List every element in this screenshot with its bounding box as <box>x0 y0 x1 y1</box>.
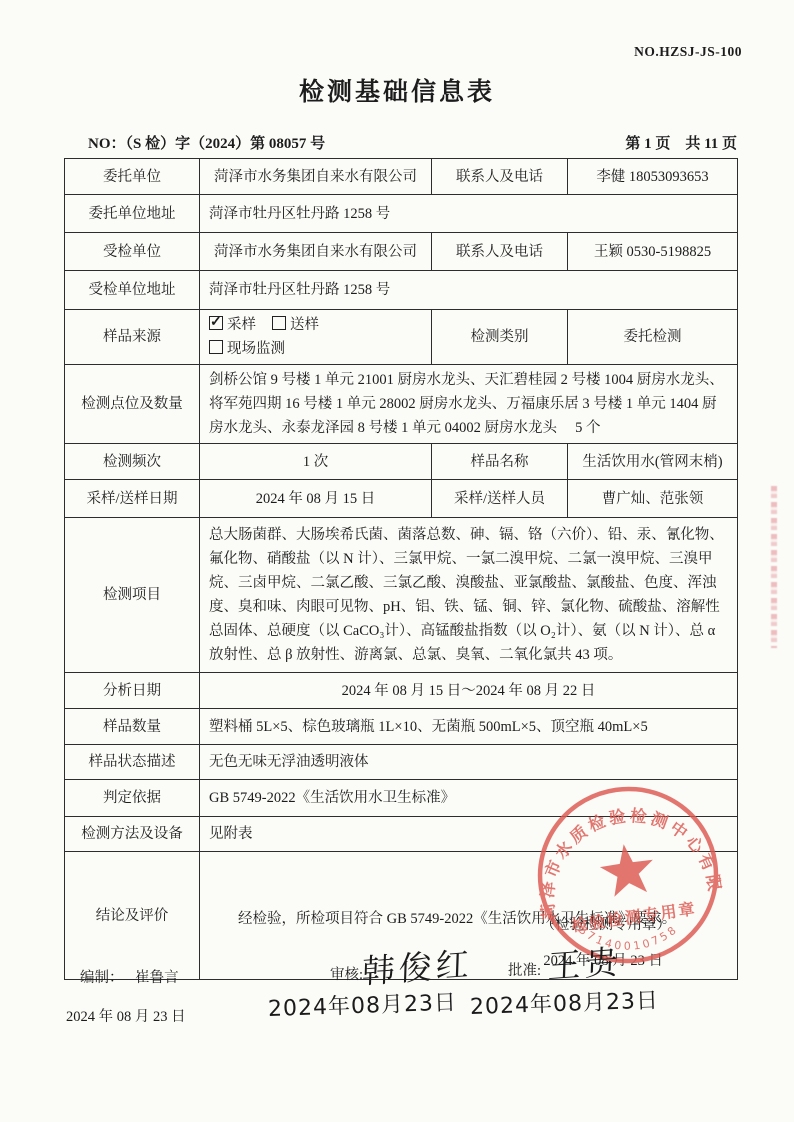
table-row: 受检单位 菏泽市水务集团自来水有限公司 联系人及电话 王颖 0530-51988… <box>65 233 738 271</box>
field-value: 无色无味无浮油透明液体 <box>200 745 738 780</box>
field-value: 委托检测 <box>568 310 738 365</box>
field-label: 检测点位及数量 <box>65 365 200 444</box>
field-label: 采样/送样日期 <box>65 480 200 518</box>
prepared-date: 2024 年 08 月 23 日 <box>66 1005 186 1026</box>
table-row: 受检单位地址 菏泽市牡丹区牡丹路 1258 号 <box>65 271 738 310</box>
checkbox-empty-icon <box>209 340 223 354</box>
option-label: 采样 <box>227 317 256 333</box>
field-label: 受检单位 <box>65 233 200 271</box>
field-label: 分析日期 <box>65 673 200 709</box>
red-bleed-mark <box>771 486 777 648</box>
field-label: 联系人及电话 <box>432 233 568 271</box>
page-info: 第 1 页 共 11 页 <box>625 132 737 153</box>
approved-by-signature: 王贵 <box>547 936 622 988</box>
field-value: 塑料桶 5L×5、棕色玻璃瓶 1L×10、无菌瓶 500mL×5、顶空瓶 40m… <box>200 709 738 745</box>
field-label: 检测方法及设备 <box>65 817 200 852</box>
table-row: 样品状态描述 无色无味无浮油透明液体 <box>65 745 738 780</box>
info-table: 委托单位 菏泽市水务集团自来水有限公司 联系人及电话 李健 1805309365… <box>64 158 738 980</box>
checkbox-checked-icon <box>209 316 223 330</box>
reviewed-date-handwritten: 2024年08月23日 <box>267 985 457 1023</box>
field-label: 样品来源 <box>65 310 200 365</box>
field-label: 委托单位 <box>65 159 200 195</box>
option-label: 送样 <box>290 317 319 333</box>
approved-by-label: 批准: <box>508 959 541 980</box>
field-label: 判定依据 <box>65 780 200 817</box>
field-label: 样品名称 <box>432 444 568 480</box>
field-label: 结论及评价 <box>65 852 200 980</box>
table-row: 采样/送样日期 2024 年 08 月 15 日 采样/送样人员 曹广灿、范张领 <box>65 480 738 518</box>
option-songyang: 送样 <box>272 317 319 333</box>
scanned-document-page: NO.HZSJ-JS-100 检测基础信息表 NO：（S 检）字（2024）第 … <box>0 0 794 1122</box>
field-value: 菏泽市牡丹区牡丹路 1258 号 <box>200 271 738 310</box>
checkbox-empty-icon <box>272 316 286 330</box>
option-xianchang: 现场监测 <box>209 341 285 357</box>
field-value: 生活饮用水(管网末梢) <box>568 444 738 480</box>
field-value: 剑桥公馆 9 号楼 1 单元 21001 厨房水龙头、天汇碧桂园 2 号楼 10… <box>200 365 738 444</box>
field-value: 菏泽市牡丹区牡丹路 1258 号 <box>200 195 738 233</box>
table-row: 检测方法及设备 见附表 <box>65 817 738 852</box>
field-value: 李健 18053093653 <box>568 159 738 195</box>
field-value: 王颖 0530-5198825 <box>568 233 738 271</box>
document-number: NO.HZSJ-JS-100 <box>634 44 742 60</box>
table-row: 分析日期 2024 年 08 月 15 日～2024 年 08 月 22 日 <box>65 673 738 709</box>
field-label: 样品数量 <box>65 709 200 745</box>
field-value: 2024 年 08 月 15 日～2024 年 08 月 22 日 <box>200 673 738 709</box>
record-number-line: NO：（S 检）字（2024）第 08057 号 第 1 页 共 11 页 <box>64 132 737 153</box>
field-value: 2024 年 08 月 15 日 <box>200 480 432 518</box>
field-label: 采样/送样人员 <box>432 480 568 518</box>
reviewed-by-label: 审核: <box>330 963 363 984</box>
sample-source-options: 采样送样现场监测 <box>200 310 432 365</box>
table-row: 委托单位 菏泽市水务集团自来水有限公司 联系人及电话 李健 1805309365… <box>65 159 738 195</box>
field-value: 菏泽市水务集团自来水有限公司 <box>200 159 432 195</box>
field-label: 受检单位地址 <box>65 271 200 310</box>
prepared-by-row: 编制： 崔鲁言 <box>80 966 179 987</box>
table-row: 检测频次 1 次 样品名称 生活饮用水(管网末梢) <box>65 444 738 480</box>
field-value: 曹广灿、范张领 <box>568 480 738 518</box>
option-caiyang: 采样 <box>209 317 256 333</box>
table-row: 委托单位地址 菏泽市牡丹区牡丹路 1258 号 <box>65 195 738 233</box>
field-label: 检测项目 <box>65 518 200 673</box>
table-row: 判定依据 GB 5749-2022《生活饮用水卫生标准》 <box>65 780 738 817</box>
field-value: 菏泽市水务集团自来水有限公司 <box>200 233 432 271</box>
prepared-by-label: 编制： <box>80 970 124 986</box>
field-value: 总大肠菌群、大肠埃希氏菌、菌落总数、砷、镉、铬（六价）、铅、汞、氰化物、氟化物、… <box>200 518 738 673</box>
field-label: 检测类别 <box>432 310 568 365</box>
field-value: GB 5749-2022《生活饮用水卫生标准》 <box>200 780 738 817</box>
approved-date-handwritten: 2024年08月23日 <box>469 983 659 1021</box>
prepared-by-name: 崔鲁言 <box>135 970 179 986</box>
table-row: 检测项目 总大肠菌群、大肠埃希氏菌、菌落总数、砷、镉、铬（六价）、铅、汞、氰化物… <box>65 518 738 673</box>
table-row: 样品数量 塑料桶 5L×5、棕色玻璃瓶 1L×10、无菌瓶 500mL×5、顶空… <box>65 709 738 745</box>
field-value: 1 次 <box>200 444 432 480</box>
page-title: 检测基础信息表 <box>0 72 794 108</box>
record-number: NO：（S 检）字（2024）第 08057 号 <box>64 132 325 153</box>
field-label: 联系人及电话 <box>432 159 568 195</box>
field-label: 委托单位地址 <box>65 195 200 233</box>
table-row: 样品来源 采样送样现场监测 检测类别 委托检测 <box>65 310 738 365</box>
reviewed-by-signature: 韩俊红 <box>361 938 473 993</box>
field-label: 样品状态描述 <box>65 745 200 780</box>
option-label: 现场监测 <box>227 341 285 357</box>
field-value: 见附表 <box>200 817 738 852</box>
field-label: 检测频次 <box>65 444 200 480</box>
seal-note: （检验检测专用章） <box>541 913 672 937</box>
table-row: 检测点位及数量 剑桥公馆 9 号楼 1 单元 21001 厨房水龙头、天汇碧桂园… <box>65 365 738 444</box>
